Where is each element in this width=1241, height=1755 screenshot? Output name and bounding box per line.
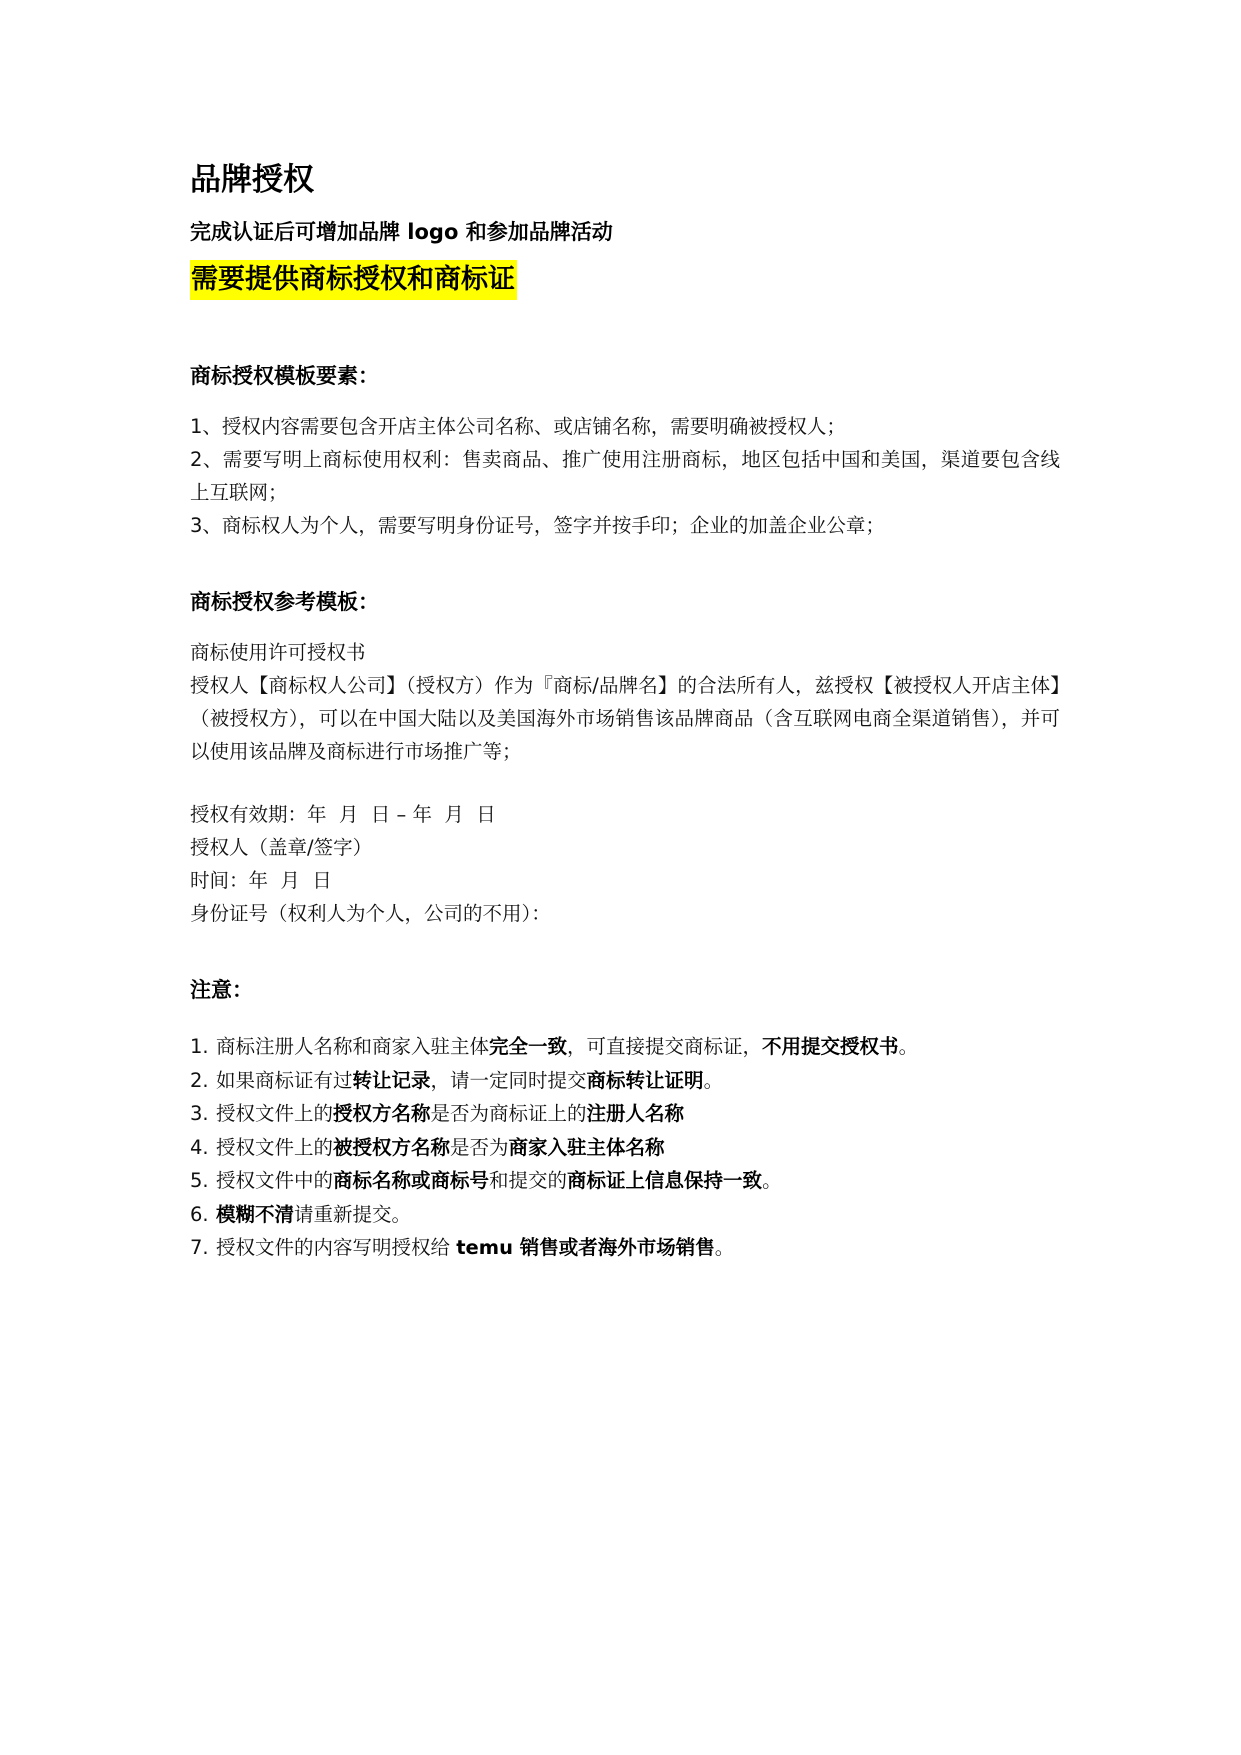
elements-item-2: 2、需要写明上商标使用权利：售卖商品、推广使用注册商标，地区包括中国和美国，渠道… <box>190 443 1060 509</box>
notes-heading: 注意： <box>190 976 253 1004</box>
authorizer-line: 授权人（盖章/签字） <box>190 831 1060 864</box>
note-text: 如果商标证有过 <box>216 1069 353 1092</box>
elements-heading: 商标授权模板要素： <box>190 362 379 390</box>
note-number: 2. <box>190 1064 216 1098</box>
note-emphasis: 授权方名称 <box>333 1102 431 1125</box>
note-text: 授权文件上的 <box>216 1136 333 1159</box>
note-text: ，可直接提交商标证， <box>567 1035 762 1058</box>
elements-list: 1、授权内容需要包含开店主体公司名称、或店铺名称，需要明确被授权人； 2、需要写… <box>190 410 1060 542</box>
template-doc-title: 商标使用许可授权书 <box>190 636 1060 669</box>
note-item: 7.授权文件的内容写明授权给 temu 销售或者海外市场销售。 <box>190 1231 918 1265</box>
note-number: 3. <box>190 1097 216 1131</box>
note-emphasis: 商标转让证明 <box>587 1069 704 1092</box>
elements-item-3: 3、商标权人为个人，需要写明身份证号，签字并按手印；企业的加盖企业公章； <box>190 509 1060 542</box>
note-item: 2.如果商标证有过转让记录，请一定同时提交商标转让证明。 <box>190 1064 918 1098</box>
note-emphasis: 不用提交授权书 <box>762 1035 899 1058</box>
note-text: 。 <box>899 1035 919 1058</box>
note-item: 4.授权文件上的被授权方名称是否为商家入驻主体名称 <box>190 1131 918 1165</box>
note-emphasis: 注册人名称 <box>587 1102 685 1125</box>
note-text: ，请一定同时提交 <box>431 1069 587 1092</box>
note-emphasis: 商标证上信息保持一致 <box>567 1169 762 1192</box>
note-text: 授权文件中的 <box>216 1169 333 1192</box>
note-number: 6. <box>190 1198 216 1232</box>
note-number: 1. <box>190 1030 216 1064</box>
page-title: 品牌授权 <box>190 160 314 200</box>
note-text: 和提交的 <box>489 1169 567 1192</box>
note-text: 。 <box>762 1169 782 1192</box>
validity-line: 授权有效期：年 月 日 – 年 月 日 <box>190 798 1060 831</box>
note-number: 5. <box>190 1164 216 1198</box>
template-heading: 商标授权参考模板： <box>190 588 379 616</box>
note-emphasis: 被授权方名称 <box>333 1136 450 1159</box>
note-text: 授权文件上的 <box>216 1102 333 1125</box>
note-emphasis: 商标名称或商标号 <box>333 1169 489 1192</box>
elements-item-1: 1、授权内容需要包含开店主体公司名称、或店铺名称，需要明确被授权人； <box>190 410 1060 443</box>
note-emphasis: 商家入驻主体名称 <box>509 1136 665 1159</box>
id-number-line: 身份证号（权利人为个人，公司的不用）： <box>190 897 1060 930</box>
note-text: 。 <box>715 1236 735 1259</box>
note-emphasis: temu 销售或者海外市场销售 <box>456 1236 715 1259</box>
note-item: 1.商标注册人名称和商家入驻主体完全一致，可直接提交商标证，不用提交授权书。 <box>190 1030 918 1064</box>
subtitle: 完成认证后可增加品牌 logo 和参加品牌活动 <box>190 218 613 246</box>
note-text: 是否为商标证上的 <box>431 1102 587 1125</box>
highlighted-requirement: 需要提供商标授权和商标证 <box>190 260 517 300</box>
note-text: 。 <box>704 1069 724 1092</box>
note-text: 商标注册人名称和商家入驻主体 <box>216 1035 489 1058</box>
time-line: 时间：年 月 日 <box>190 864 1060 897</box>
note-text: 请重新提交。 <box>294 1203 411 1226</box>
note-item: 3.授权文件上的授权方名称是否为商标证上的注册人名称 <box>190 1097 918 1131</box>
note-number: 7. <box>190 1231 216 1265</box>
note-number: 4. <box>190 1131 216 1165</box>
template-body: 商标使用许可授权书 授权人【商标权人公司】（授权方）作为『商标/品牌名】的合法所… <box>190 636 1060 768</box>
note-emphasis: 模糊不清 <box>216 1203 294 1226</box>
note-text: 授权文件的内容写明授权给 <box>216 1236 456 1259</box>
note-item: 5.授权文件中的商标名称或商标号和提交的商标证上信息保持一致。 <box>190 1164 918 1198</box>
note-emphasis: 完全一致 <box>489 1035 567 1058</box>
notes-list: 1.商标注册人名称和商家入驻主体完全一致，可直接提交商标证，不用提交授权书。2.… <box>190 1030 918 1265</box>
template-paragraph: 授权人【商标权人公司】（授权方）作为『商标/品牌名】的合法所有人，兹授权【被授权… <box>190 669 1060 768</box>
note-emphasis: 转让记录 <box>353 1069 431 1092</box>
template-fields: 授权有效期：年 月 日 – 年 月 日 授权人（盖章/签字） 时间：年 月 日 … <box>190 798 1060 930</box>
note-item: 6.模糊不清请重新提交。 <box>190 1198 918 1232</box>
note-text: 是否为 <box>450 1136 509 1159</box>
